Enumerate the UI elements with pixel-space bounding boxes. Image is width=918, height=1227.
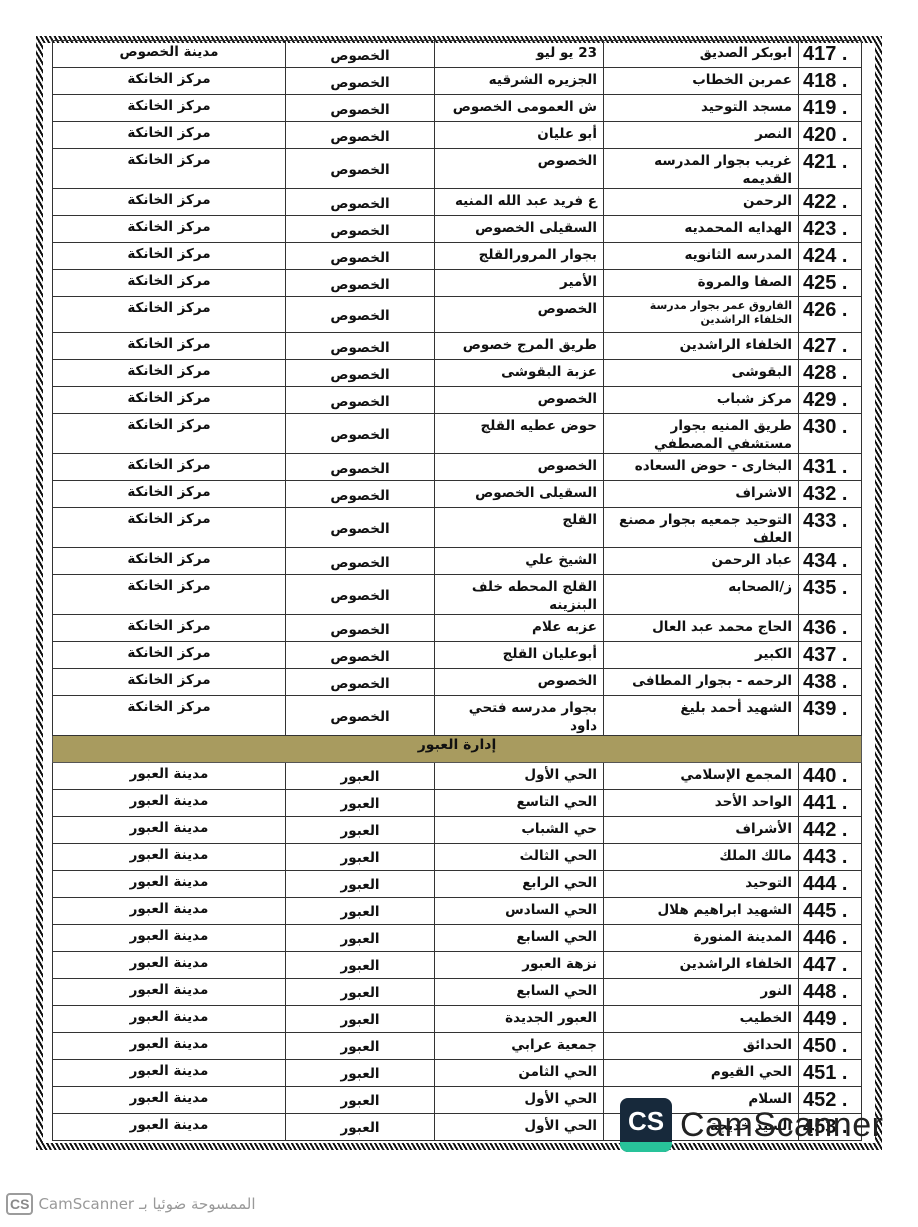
- row-number: 420 .: [799, 122, 862, 149]
- mosque-name: الكبير: [604, 642, 799, 669]
- scanned-by-watermark: CS CamScanner الممسوحة ضوئيا بـ: [6, 1193, 256, 1215]
- mosque-address: ش العمومى الخصوص: [435, 95, 604, 122]
- camscanner-badge-icon: CS: [620, 1098, 672, 1152]
- mosque-name: الرحمن: [604, 189, 799, 216]
- administrative-center: مدينة العبور: [53, 1059, 286, 1086]
- administrative-center: مدينة العبور: [53, 1113, 286, 1140]
- table-row: 450 .الحدائقجمعية عرابيالعبورمدينة العبو…: [53, 1032, 862, 1059]
- administrative-center: مركز الخانكة: [53, 508, 286, 548]
- mosque-address: حي الشباب: [435, 816, 604, 843]
- mosque-name: ابوبكر الصديق: [604, 41, 799, 68]
- mosque-name: الاشراف: [604, 481, 799, 508]
- mosque-name: الصفا والمروة: [604, 270, 799, 297]
- mosque-name: الأشراف: [604, 816, 799, 843]
- mosque-name: الفاروق عمر بجوار مدرسة الخلفاء الراشدين: [604, 297, 799, 333]
- district: الخصوص: [286, 333, 435, 360]
- table-row: 445 .الشهيد ابراهيم هلالالحي السادسالعبو…: [53, 897, 862, 924]
- mosque-address: بجوار المرورالقلج: [435, 243, 604, 270]
- mosque-name: الهدايه المحمديه: [604, 216, 799, 243]
- mosque-address: السقيلى الخصوص: [435, 216, 604, 243]
- watermark-brand: CamScanner: [38, 1195, 134, 1213]
- row-number: 451 .: [799, 1059, 862, 1086]
- mosque-name: المدينة المنورة: [604, 924, 799, 951]
- table-row: 421 .غريب بجوار المدرسه القديمهالخصوصالخ…: [53, 149, 862, 189]
- administrative-center: مدينة العبور: [53, 1086, 286, 1113]
- administrative-center: مركز الخانكة: [53, 387, 286, 414]
- row-number: 419 .: [799, 95, 862, 122]
- mosque-name: النصر: [604, 122, 799, 149]
- table-row: 439 .الشهيد أحمد بليغبجوار مدرسه فتحي دا…: [53, 696, 862, 736]
- district: العبور: [286, 789, 435, 816]
- district: الخصوص: [286, 216, 435, 243]
- district: الخصوص: [286, 41, 435, 68]
- row-number: 432 .: [799, 481, 862, 508]
- mosque-address: أبوعليان القلج: [435, 642, 604, 669]
- district: الخصوص: [286, 669, 435, 696]
- mosque-address: طريق المرج خصوص: [435, 333, 604, 360]
- table-row: 430 .طريق المنيه بجوار مستشفي المصطفيحوض…: [53, 414, 862, 454]
- mosque-address: أبو عليان: [435, 122, 604, 149]
- mosque-address: الحي السابع: [435, 924, 604, 951]
- district: الخصوص: [286, 149, 435, 189]
- row-number: 433 .: [799, 508, 862, 548]
- row-number: 440 .: [799, 762, 862, 789]
- row-number: 446 .: [799, 924, 862, 951]
- district: العبور: [286, 978, 435, 1005]
- mosque-address: الخصوص: [435, 387, 604, 414]
- administrative-center: مدينة العبور: [53, 843, 286, 870]
- mosque-address: الحي التاسع: [435, 789, 604, 816]
- mosque-address: الجزيره الشرقيه: [435, 68, 604, 95]
- mosque-address: الحي الأول: [435, 1086, 604, 1113]
- mosque-address: الحي السابع: [435, 978, 604, 1005]
- mosque-name: عمربن الخطاب: [604, 68, 799, 95]
- mosque-name: الشهيد أحمد بليغ: [604, 696, 799, 736]
- row-number: 435 .: [799, 575, 862, 615]
- district: الخصوص: [286, 360, 435, 387]
- table-row: 436 .الحاج محمد عبد العالعزبه علامالخصوص…: [53, 615, 862, 642]
- row-number: 421 .: [799, 149, 862, 189]
- mosque-name: الرحمه - بجوار المطافى: [604, 669, 799, 696]
- table-row: 444 .التوحيدالحي الرابعالعبورمدينة العبو…: [53, 870, 862, 897]
- mosque-address: الحي السادس: [435, 897, 604, 924]
- table-row: 429 .مركز شبابالخصوصالخصوصمركز الخانكة: [53, 387, 862, 414]
- district: العبور: [286, 1086, 435, 1113]
- table-row: 422 .الرحمنع فريد عبد الله المنيهالخصوصم…: [53, 189, 862, 216]
- row-number: 449 .: [799, 1005, 862, 1032]
- mosque-name: التوحيد: [604, 870, 799, 897]
- mosque-address: القلج المحطه خلف البنزينه: [435, 575, 604, 615]
- row-number: 445 .: [799, 897, 862, 924]
- administrative-center: مدينة العبور: [53, 789, 286, 816]
- mosque-address: حوض عطيه القلج: [435, 414, 604, 454]
- row-number: 424 .: [799, 243, 862, 270]
- administrative-center: مركز الخانكة: [53, 333, 286, 360]
- district: الخصوص: [286, 189, 435, 216]
- mosque-address: الخصوص: [435, 149, 604, 189]
- table-row: 437 .الكبيرأبوعليان القلجالخصوصمركز الخا…: [53, 642, 862, 669]
- row-number: 425 .: [799, 270, 862, 297]
- table-row: 446 .المدينة المنورةالحي السابعالعبورمدي…: [53, 924, 862, 951]
- district: العبور: [286, 762, 435, 789]
- row-number: 436 .: [799, 615, 862, 642]
- mosque-name: النور: [604, 978, 799, 1005]
- row-number: 430 .: [799, 414, 862, 454]
- mosque-name: مسجد التوحيد: [604, 95, 799, 122]
- mosque-name: مالك الملك: [604, 843, 799, 870]
- table-row: 418 .عمربن الخطابالجزيره الشرقيهالخصوصمر…: [53, 68, 862, 95]
- administrative-center: مدينة العبور: [53, 897, 286, 924]
- row-number: 441 .: [799, 789, 862, 816]
- row-number: 431 .: [799, 454, 862, 481]
- mosque-address: الخصوص: [435, 297, 604, 333]
- row-number: 437 .: [799, 642, 862, 669]
- administrative-center: مدينة العبور: [53, 978, 286, 1005]
- watermark-text: الممسوحة ضوئيا بـ: [139, 1195, 255, 1213]
- administrative-center: مركز الخانكة: [53, 68, 286, 95]
- mosque-name: الخلفاء الراشدين: [604, 333, 799, 360]
- administrative-center: مدينة العبور: [53, 1032, 286, 1059]
- district: العبور: [286, 870, 435, 897]
- administrative-center: مدينة العبور: [53, 924, 286, 951]
- row-number: 427 .: [799, 333, 862, 360]
- row-number: 428 .: [799, 360, 862, 387]
- administrative-center: مدينة الخصوص: [53, 41, 286, 68]
- mosque-name: الخطيب: [604, 1005, 799, 1032]
- administrative-center: مركز الخانكة: [53, 270, 286, 297]
- table-row: 441 .الواحد الأحدالحي التاسعالعبورمدينة …: [53, 789, 862, 816]
- mosque-address: جمعية عرابي: [435, 1032, 604, 1059]
- mosque-name: المدرسه الثانويه: [604, 243, 799, 270]
- row-number: 429 .: [799, 387, 862, 414]
- mosque-address: القلج: [435, 508, 604, 548]
- table-row: 431 .البخارى - حوض السعادهالخصوصالخصوصمر…: [53, 454, 862, 481]
- table-row: 449 .الخطيبالعبور الجديدةالعبورمدينة الع…: [53, 1005, 862, 1032]
- row-number: 444 .: [799, 870, 862, 897]
- district: الخصوص: [286, 548, 435, 575]
- administrative-center: مركز الخانكة: [53, 189, 286, 216]
- administrative-center: مركز الخانكة: [53, 669, 286, 696]
- mosque-name: مركز شباب: [604, 387, 799, 414]
- row-number: 422 .: [799, 189, 862, 216]
- camscanner-wordmark: CamScanner: [680, 1106, 883, 1145]
- mosque-name: التوحيد جمعيه بجوار مصنع العلف: [604, 508, 799, 548]
- district: الخصوص: [286, 95, 435, 122]
- district: العبور: [286, 1059, 435, 1086]
- table-row: 428 .البقوشىعزبة البقوشىالخصوصمركز الخان…: [53, 360, 862, 387]
- district: الخصوص: [286, 297, 435, 333]
- district: الخصوص: [286, 481, 435, 508]
- administrative-center: مدينة العبور: [53, 951, 286, 978]
- mosque-address: الحي الأول: [435, 762, 604, 789]
- district: الخصوص: [286, 575, 435, 615]
- table-row: 442 .الأشرافحي الشبابالعبورمدينة العبور: [53, 816, 862, 843]
- mosque-name: غريب بجوار المدرسه القديمه: [604, 149, 799, 189]
- camscanner-small-icon: CS: [6, 1193, 33, 1215]
- table-row: 427 .الخلفاء الراشدينطريق المرج خصوصالخص…: [53, 333, 862, 360]
- table-row: 432 .الاشرافالسقيلى الخصوصالخصوصمركز الخ…: [53, 481, 862, 508]
- administrative-center: مركز الخانكة: [53, 615, 286, 642]
- table-row: 424 .المدرسه الثانويهبجوار المرورالقلجال…: [53, 243, 862, 270]
- administrative-center: مركز الخانكة: [53, 297, 286, 333]
- district: العبور: [286, 1032, 435, 1059]
- district: الخصوص: [286, 615, 435, 642]
- administrative-center: مركز الخانكة: [53, 95, 286, 122]
- administrative-center: مركز الخانكة: [53, 360, 286, 387]
- row-number: 450 .: [799, 1032, 862, 1059]
- mosque-table: 417 .ابوبكر الصديق23 يو ليوالخصوصمدينة ا…: [52, 40, 862, 1141]
- administrative-center: مركز الخانكة: [53, 481, 286, 508]
- administrative-center: مركز الخانكة: [53, 575, 286, 615]
- district: العبور: [286, 1113, 435, 1140]
- administrative-center: مدينة العبور: [53, 816, 286, 843]
- administrative-center: مركز الخانكة: [53, 642, 286, 669]
- section-header-obour: إدارة العبور: [53, 736, 862, 763]
- mosque-address: الحي الرابع: [435, 870, 604, 897]
- table-row: 434 .عباد الرحمنالشيخ عليالخصوصمركز الخا…: [53, 548, 862, 575]
- administrative-center: مدينة العبور: [53, 870, 286, 897]
- mosque-name: ز/الصحابه: [604, 575, 799, 615]
- mosque-name: الحاج محمد عبد العال: [604, 615, 799, 642]
- mosque-list-document: 417 .ابوبكر الصديق23 يو ليوالخصوصمدينة ا…: [52, 40, 862, 1141]
- district: العبور: [286, 816, 435, 843]
- mosque-name: طريق المنيه بجوار مستشفي المصطفي: [604, 414, 799, 454]
- mosque-address: ع فريد عبد الله المنيه: [435, 189, 604, 216]
- table-row: 420 .النصرأبو عليانالخصوصمركز الخانكة: [53, 122, 862, 149]
- mosque-address: الأمير: [435, 270, 604, 297]
- administrative-center: مركز الخانكة: [53, 414, 286, 454]
- table-row: 440 .المجمع الإسلاميالحي الأولالعبورمدين…: [53, 762, 862, 789]
- row-number: 423 .: [799, 216, 862, 243]
- mosque-address: الخصوص: [435, 669, 604, 696]
- mosque-address: الخصوص: [435, 454, 604, 481]
- mosque-name: البخارى - حوض السعاده: [604, 454, 799, 481]
- mosque-address: بجوار مدرسه فتحي داود: [435, 696, 604, 736]
- table-row: 425 .الصفا والمروةالأميرالخصوصمركز الخان…: [53, 270, 862, 297]
- mosque-address: السقيلى الخصوص: [435, 481, 604, 508]
- district: العبور: [286, 843, 435, 870]
- administrative-center: مركز الخانكة: [53, 243, 286, 270]
- mosque-name: عباد الرحمن: [604, 548, 799, 575]
- section-header-row: إدارة العبور: [53, 736, 862, 763]
- table-row: 438 .الرحمه - بجوار المطافىالخصوصالخصوصم…: [53, 669, 862, 696]
- administrative-center: مركز الخانكة: [53, 149, 286, 189]
- district: الخصوص: [286, 508, 435, 548]
- district: الخصوص: [286, 68, 435, 95]
- administrative-center: مركز الخانكة: [53, 696, 286, 736]
- district: الخصوص: [286, 454, 435, 481]
- district: الخصوص: [286, 696, 435, 736]
- mosque-name: المجمع الإسلامي: [604, 762, 799, 789]
- row-number: 438 .: [799, 669, 862, 696]
- district: الخصوص: [286, 642, 435, 669]
- table-row: 435 .ز/الصحابهالقلج المحطه خلف البنزينها…: [53, 575, 862, 615]
- mosque-address: الحي الأول: [435, 1113, 604, 1140]
- table-row: 451 .الحي القيومالحي الثامنالعبورمدينة ا…: [53, 1059, 862, 1086]
- camscanner-overlay-logo: CS CamScanner: [620, 1098, 883, 1152]
- mosque-address: عزبة البقوشى: [435, 360, 604, 387]
- district: العبور: [286, 951, 435, 978]
- row-number: 418 .: [799, 68, 862, 95]
- administrative-center: مركز الخانكة: [53, 548, 286, 575]
- mosque-name: الواحد الأحد: [604, 789, 799, 816]
- row-number: 448 .: [799, 978, 862, 1005]
- district: الخصوص: [286, 270, 435, 297]
- row-number: 439 .: [799, 696, 862, 736]
- row-number: 417 .: [799, 41, 862, 68]
- row-number: 426 .: [799, 297, 862, 333]
- district: العبور: [286, 897, 435, 924]
- table-row: 443 .مالك الملكالحي الثالثالعبورمدينة ال…: [53, 843, 862, 870]
- table-row: 417 .ابوبكر الصديق23 يو ليوالخصوصمدينة ا…: [53, 41, 862, 68]
- administrative-center: مركز الخانكة: [53, 454, 286, 481]
- district: العبور: [286, 924, 435, 951]
- mosque-address: عزبه علام: [435, 615, 604, 642]
- mosque-address: 23 يو ليو: [435, 41, 604, 68]
- administrative-center: مركز الخانكة: [53, 216, 286, 243]
- district: الخصوص: [286, 122, 435, 149]
- table-row: 447 .الخلفاء الراشديننزهة العبورالعبورمد…: [53, 951, 862, 978]
- mosque-name: الحدائق: [604, 1032, 799, 1059]
- administrative-center: مركز الخانكة: [53, 122, 286, 149]
- mosque-address: نزهة العبور: [435, 951, 604, 978]
- table-row: 433 .التوحيد جمعيه بجوار مصنع العلفالقلج…: [53, 508, 862, 548]
- district: الخصوص: [286, 387, 435, 414]
- mosque-address: العبور الجديدة: [435, 1005, 604, 1032]
- administrative-center: مدينة العبور: [53, 762, 286, 789]
- table-row: 448 .النورالحي السابعالعبورمدينة العبور: [53, 978, 862, 1005]
- mosque-address: الشيخ علي: [435, 548, 604, 575]
- district: العبور: [286, 1005, 435, 1032]
- mosque-name: الحي القيوم: [604, 1059, 799, 1086]
- mosque-name: الشهيد ابراهيم هلال: [604, 897, 799, 924]
- mosque-address: الحي الثامن: [435, 1059, 604, 1086]
- mosque-name: البقوشى: [604, 360, 799, 387]
- district: الخصوص: [286, 243, 435, 270]
- table-row: 419 .مسجد التوحيدش العمومى الخصوصالخصوصم…: [53, 95, 862, 122]
- row-number: 443 .: [799, 843, 862, 870]
- mosque-address: الحي الثالث: [435, 843, 604, 870]
- row-number: 442 .: [799, 816, 862, 843]
- mosque-name: الخلفاء الراشدين: [604, 951, 799, 978]
- district: الخصوص: [286, 414, 435, 454]
- table-row: 426 .الفاروق عمر بجوار مدرسة الخلفاء الر…: [53, 297, 862, 333]
- row-number: 434 .: [799, 548, 862, 575]
- table-row: 423 .الهدايه المحمديهالسقيلى الخصوصالخصو…: [53, 216, 862, 243]
- row-number: 447 .: [799, 951, 862, 978]
- administrative-center: مدينة العبور: [53, 1005, 286, 1032]
